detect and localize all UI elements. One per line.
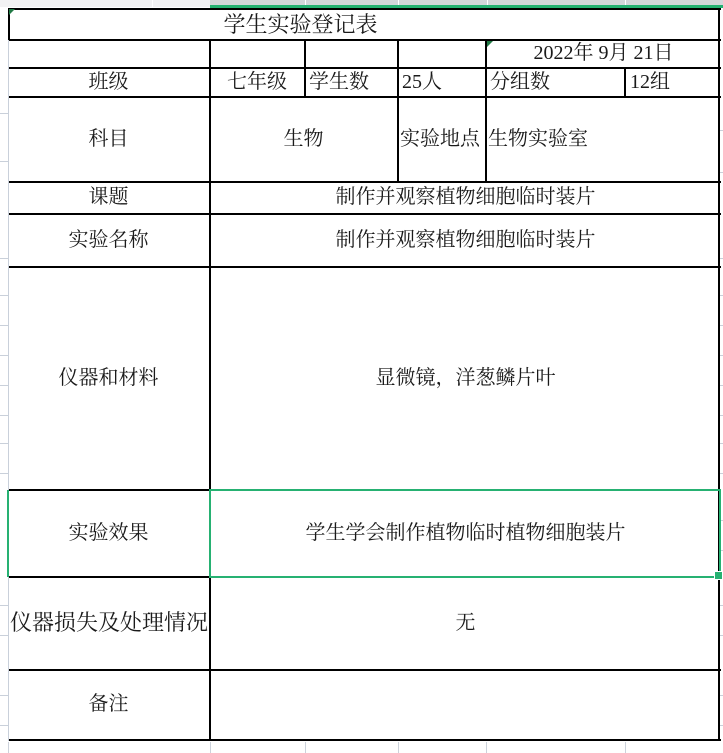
column-header-separator bbox=[152, 0, 153, 7]
column-header-separator bbox=[625, 0, 626, 5]
cell-topic-label[interactable]: 课题 bbox=[8, 182, 209, 213]
stored-as-text-indicator-icon bbox=[487, 41, 493, 47]
cell-students-label[interactable]: 学生数 bbox=[305, 68, 397, 96]
grid-line bbox=[0, 355, 8, 356]
cell-equipment-value[interactable]: 显微镜，洋葱鳞片叶 bbox=[210, 267, 721, 489]
cell-equipment-label[interactable]: 仪器和材料 bbox=[8, 267, 209, 489]
grid-line bbox=[0, 258, 8, 259]
grid-line bbox=[0, 473, 8, 474]
cell-class-label[interactable]: 班级 bbox=[8, 68, 209, 96]
grid-line bbox=[0, 295, 8, 296]
cell-location-value[interactable]: 生物实验室 bbox=[486, 97, 721, 181]
grid-line bbox=[210, 742, 211, 753]
cell-groups-value[interactable]: 12组 bbox=[626, 68, 721, 96]
grid-line bbox=[0, 635, 8, 636]
cell-subject-label[interactable]: 科目 bbox=[8, 97, 209, 181]
grid-line bbox=[0, 443, 8, 444]
empty-cell[interactable] bbox=[210, 40, 304, 67]
grid-line bbox=[0, 325, 8, 326]
column-header-separator bbox=[305, 0, 306, 5]
cell-experiment-name-label[interactable]: 实验名称 bbox=[8, 214, 209, 266]
cell-groups-label[interactable]: 分组数 bbox=[486, 68, 624, 96]
cell-effect-label[interactable]: 实验效果 bbox=[8, 490, 209, 576]
registration-form-table: 学生实验登记表 2022年 9月 21日 班级 七年级 学生数 25人 分组数 … bbox=[8, 8, 721, 741]
grid-line bbox=[398, 742, 399, 753]
cell-selection-border bbox=[209, 489, 721, 578]
grid-line bbox=[305, 742, 306, 753]
grid-line bbox=[0, 385, 8, 386]
cell-class-value[interactable]: 七年级 bbox=[210, 68, 304, 96]
grid-line bbox=[0, 725, 8, 726]
grid-line bbox=[0, 605, 8, 606]
row-header-selection-edge bbox=[7, 490, 9, 577]
column-header-separator bbox=[398, 0, 399, 5]
grid-line bbox=[0, 415, 8, 416]
cell-date[interactable]: 2022年 9月 21日 bbox=[486, 40, 721, 67]
column-headers-sliver-highlighted[interactable] bbox=[210, 0, 723, 8]
cell-subject-value[interactable]: 生物 bbox=[210, 97, 397, 181]
cell-location-label[interactable]: 实验地点 bbox=[398, 97, 485, 181]
empty-cell[interactable] bbox=[305, 40, 397, 67]
grid-line bbox=[625, 742, 626, 753]
column-header-separator bbox=[487, 0, 488, 5]
grid-line bbox=[0, 161, 8, 162]
empty-cell[interactable] bbox=[398, 40, 485, 67]
cell-experiment-name-value[interactable]: 制作并观察植物细胞临时装片 bbox=[210, 214, 721, 266]
cell-damage-value[interactable]: 无 bbox=[210, 577, 721, 669]
cell-damage-label[interactable]: 仪器损失及处理情况 bbox=[2, 577, 216, 669]
cell-topic-value[interactable]: 制作并观察植物细胞临时装片 bbox=[210, 182, 721, 213]
grid-line bbox=[0, 695, 8, 696]
selection-fill-handle[interactable] bbox=[714, 571, 723, 580]
stored-as-text-indicator-icon bbox=[9, 9, 15, 15]
cell-remarks-value[interactable] bbox=[210, 670, 721, 739]
cell-form-title[interactable]: 学生实验登记表 bbox=[8, 10, 593, 39]
column-headers-sliver[interactable] bbox=[0, 0, 210, 7]
grid-line bbox=[486, 742, 487, 753]
spreadsheet-canvas: 学生实验登记表 2022年 9月 21日 班级 七年级 学生数 25人 分组数 … bbox=[0, 0, 723, 753]
grid-line bbox=[0, 113, 8, 114]
cell-remarks-label[interactable]: 备注 bbox=[8, 670, 209, 739]
grid-line bbox=[8, 742, 9, 753]
table-border-line bbox=[8, 739, 721, 741]
cell-students-value[interactable]: 25人 bbox=[398, 68, 485, 96]
